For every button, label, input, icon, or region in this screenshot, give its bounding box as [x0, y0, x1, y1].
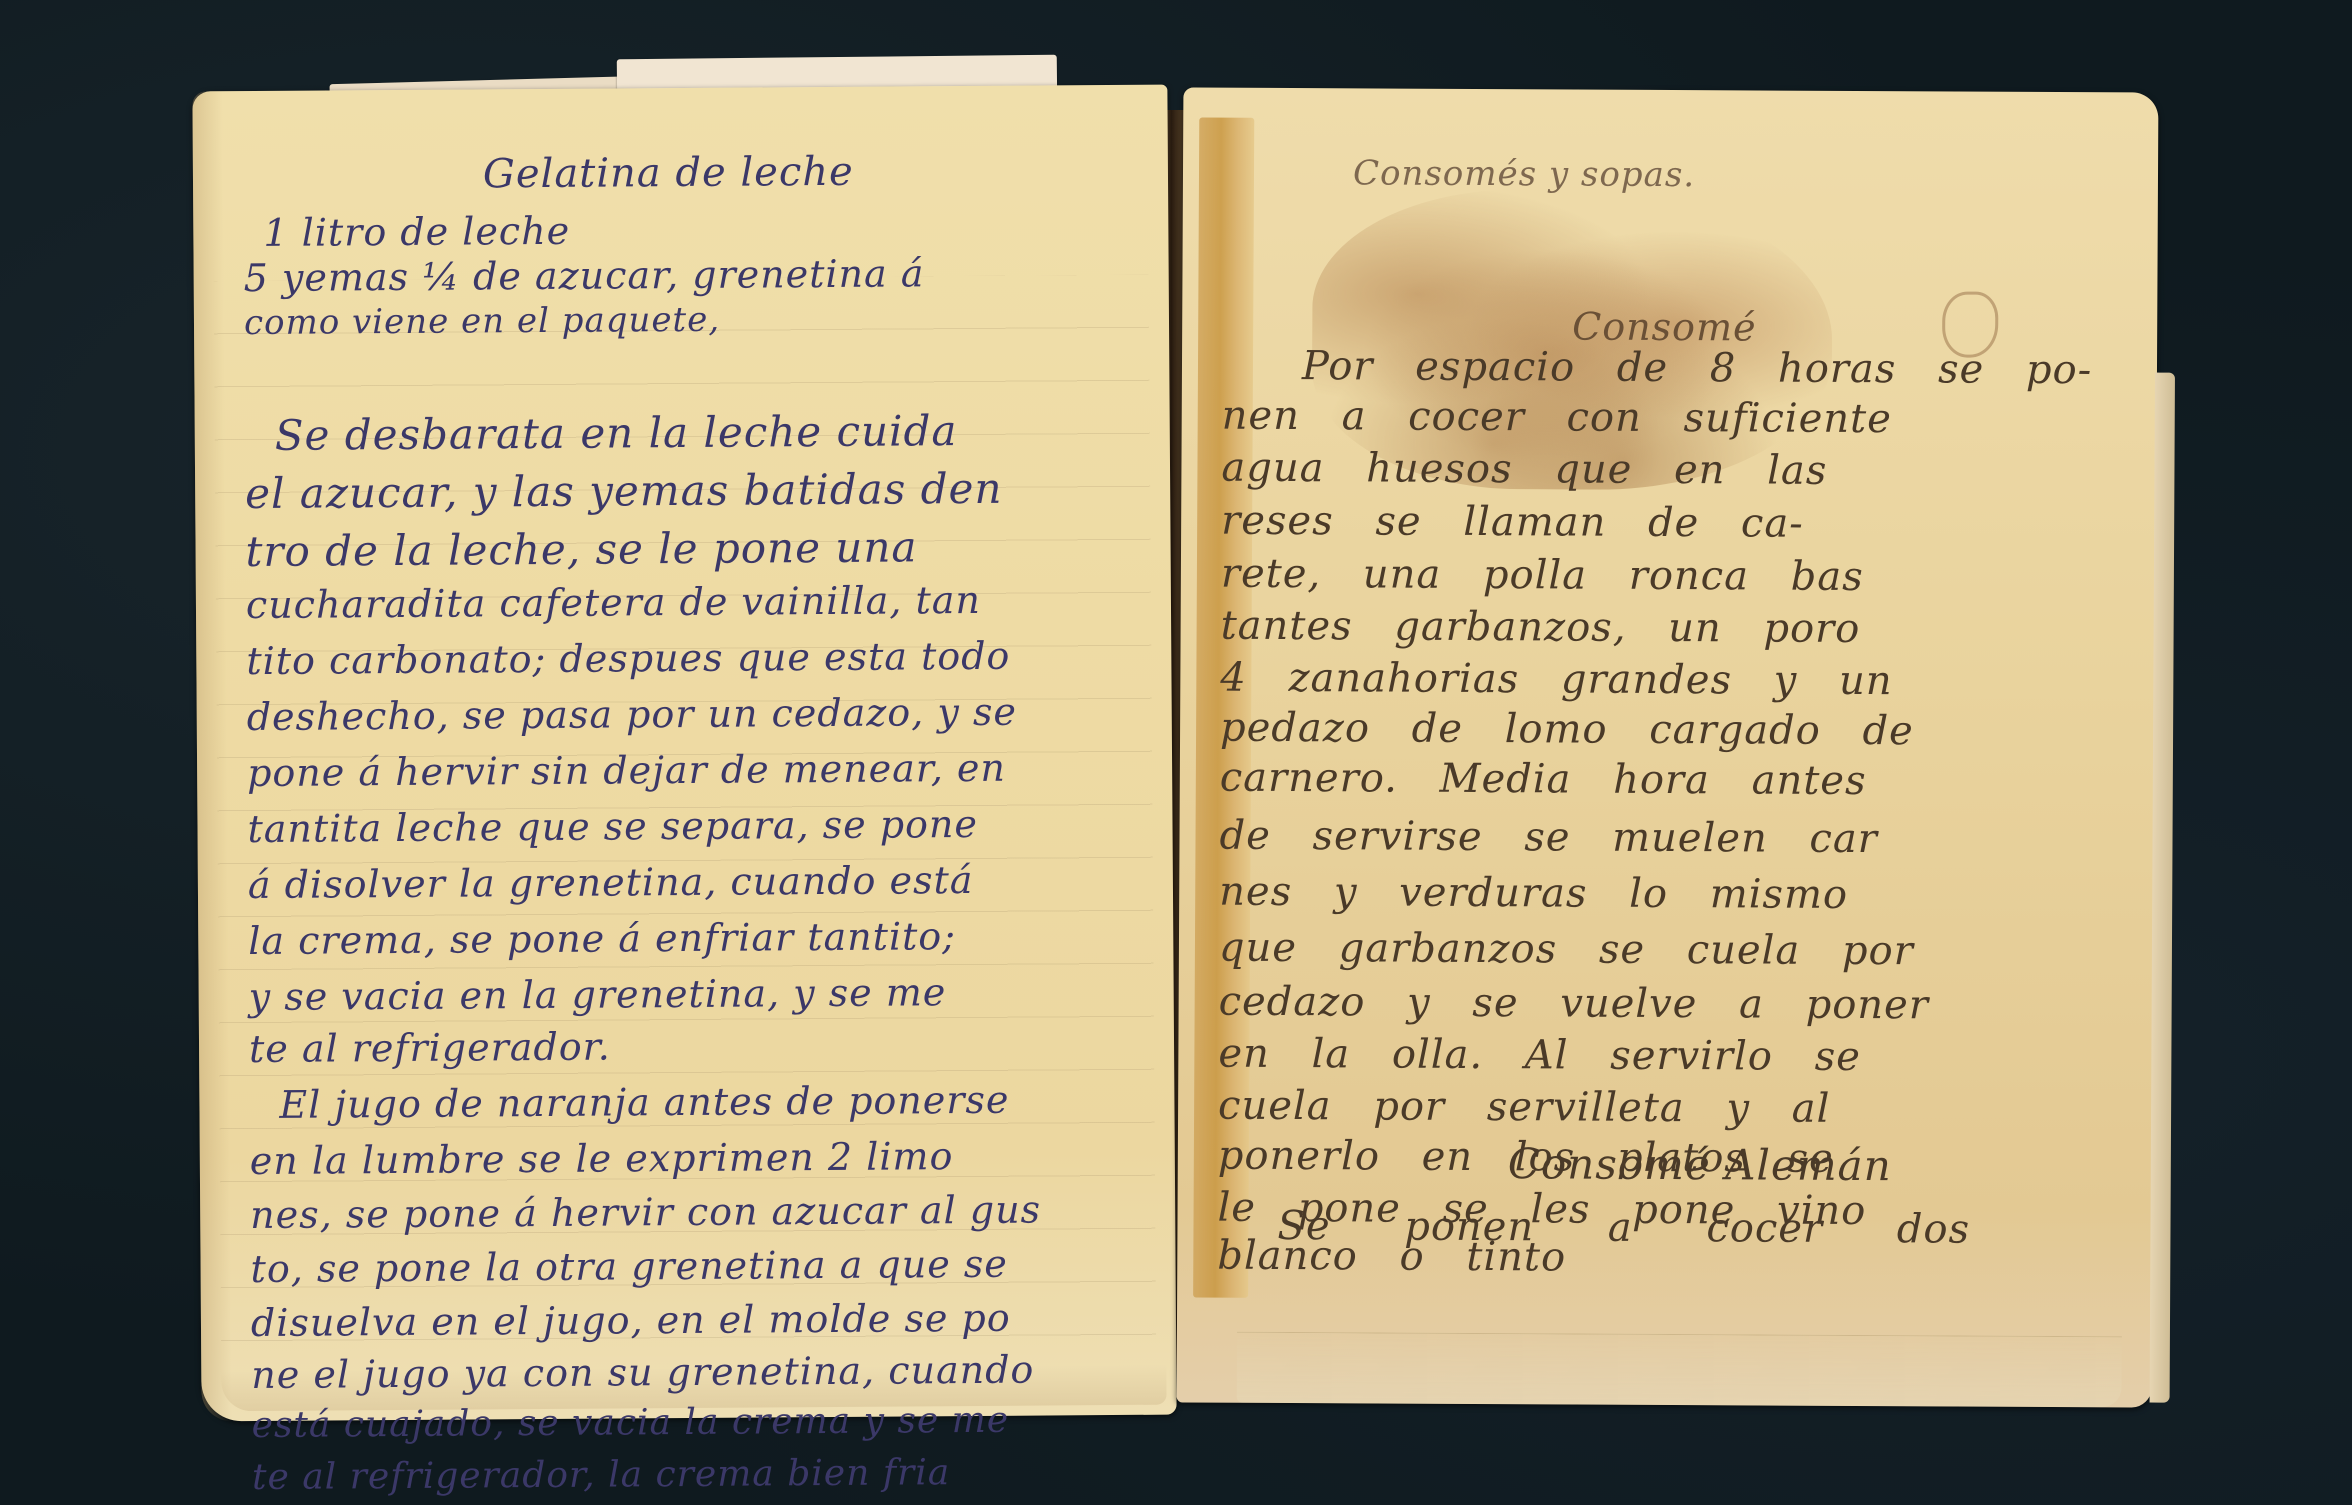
- recipe-line: reses se llaman de ca-: [1221, 498, 1804, 547]
- recipe-line: rete, una polla ronca bas: [1221, 551, 1864, 600]
- recipe-line: á disolver la grenetina, cuando está: [248, 858, 974, 907]
- section-heading: Consomés y sopas.: [1353, 153, 1695, 195]
- recipe-line: en la olla. Al servirlo se: [1218, 1031, 1861, 1080]
- recipe-line: Por espacio de 8 horas se po-: [1302, 343, 2092, 393]
- recipe-line: tantita leche que se separa, se pone: [247, 802, 978, 851]
- right-page: Consomés y sopas. Consomé Por espacio de…: [1177, 87, 2159, 1407]
- recipe-title-2: Consomé Alemán: [1508, 1139, 1892, 1190]
- recipe-line: carnero. Media hora antes: [1220, 755, 1867, 804]
- recipe-title: Gelatina de leche: [483, 149, 854, 198]
- recipe-line: pone á hervir sin dejar de menear, en: [247, 746, 1006, 795]
- recipe-title: Consomé: [1572, 304, 1757, 349]
- recipe-line: nen a cocer con suficiente: [1222, 393, 1892, 443]
- recipe-line: la crema, se pone á enfriar tantito;: [248, 914, 956, 963]
- recipe-line: Se desbarata en la leche cuida: [275, 406, 958, 460]
- recipe-line: 4 zanahorias grandes y un: [1220, 655, 1892, 705]
- recipe-line: te al refrigerador.: [249, 1025, 611, 1072]
- recipe-line: agua huesos que en las: [1221, 445, 1827, 494]
- recipe-line: como viene en el paquete,: [244, 300, 720, 343]
- recipe-line: cedazo y se vuelve a poner: [1219, 979, 1929, 1029]
- recipe-line: 1 litro de leche: [263, 209, 570, 255]
- photo-scene: Gelatina de leche 1 litro de leche 5 yem…: [0, 0, 2352, 1505]
- recipe-line: está cuajado, se vacia la crema y se me: [252, 1400, 1010, 1446]
- recipe-line: El jugo de naranja antes de ponerse: [279, 1078, 1009, 1127]
- recipe-line: 5 yemas ¼ de azucar, grenetina á: [244, 251, 925, 300]
- recipe-line: Se ponen a cocer dos: [1277, 1203, 1970, 1253]
- recipe-line: nes y verduras lo mismo: [1219, 869, 1848, 918]
- recipe-line: que garbanzos se cuela por: [1219, 925, 1914, 975]
- recipe-line: disuelva en el jugo, en el molde se po: [251, 1296, 1011, 1345]
- recipe-line: en la lumbre se le exprimen 2 limo: [250, 1134, 954, 1183]
- left-page: Gelatina de leche 1 litro de leche 5 yem…: [192, 85, 1176, 1422]
- recipe-line: el azucar, y las yemas batidas den: [245, 464, 1003, 518]
- page-fold: [1237, 1332, 2122, 1408]
- recipe-line: tito carbonato; despues que esta todo: [246, 634, 1010, 683]
- recipe-line: tantes garbanzos, un poro: [1221, 603, 1861, 652]
- recipe-line: te al refrigerador, la crema bien fria: [252, 1452, 950, 1498]
- recipe-line: tro de la leche, se le pone una: [245, 522, 917, 576]
- page-edge: [2150, 373, 2175, 1403]
- recipe-line: y se vacia en la grenetina, y se me: [249, 970, 947, 1019]
- recipe-line: nes, se pone á hervir con azucar al gus: [250, 1188, 1041, 1238]
- recipe-line: pedazo de lomo cargado de: [1220, 705, 1914, 755]
- recipe-line: to, se pone la otra grenetina a que se: [250, 1242, 1008, 1291]
- recipe-line: cuela por servilleta y al: [1218, 1083, 1831, 1132]
- recipe-line: ne el jugo ya con su grenetina, cuando: [251, 1348, 1034, 1397]
- recipe-line: cucharadita cafetera de vainilla, tan: [246, 578, 981, 627]
- recipe-line: de servirse se muelen car: [1219, 813, 1878, 862]
- recipe-line: deshecho, se pasa por un cedazo, y se: [247, 690, 1017, 739]
